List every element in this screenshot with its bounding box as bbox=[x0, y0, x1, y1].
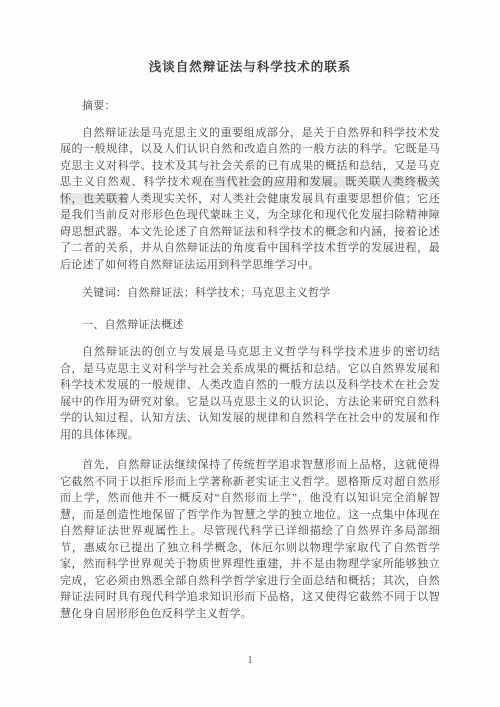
document-title: 浅谈自然辩证法与科学技术的联系 bbox=[60, 58, 440, 76]
document-page: 浅谈自然辩证法与科学技术的联系 摘要： 自然辩证法是马克思主义的重要组成部分，是… bbox=[0, 0, 500, 707]
body-paragraph-1: 自然辩证法的创立与发展是马克思主义哲学与科学技术进步的密切结合，是马克思主义对科… bbox=[60, 344, 440, 443]
page-number: 1 bbox=[0, 655, 500, 667]
body-paragraph-2: 首先，自然辩证法继续保持了传统哲学追求智慧形而上品格，这就使得它截然不同于以拒斥… bbox=[60, 457, 440, 622]
section-heading: 一、自然辩证法概述 bbox=[60, 317, 440, 334]
abstract-paragraph: 自然辩证法是马克思主义的重要组成部分，是关于自然界和科学技术发展的一般规律，以及… bbox=[60, 125, 440, 274]
keywords-line: 关键词：自然辩证法；科学技术；马克思主义哲学 bbox=[60, 285, 440, 302]
abstract-label: 摘要： bbox=[60, 98, 440, 115]
